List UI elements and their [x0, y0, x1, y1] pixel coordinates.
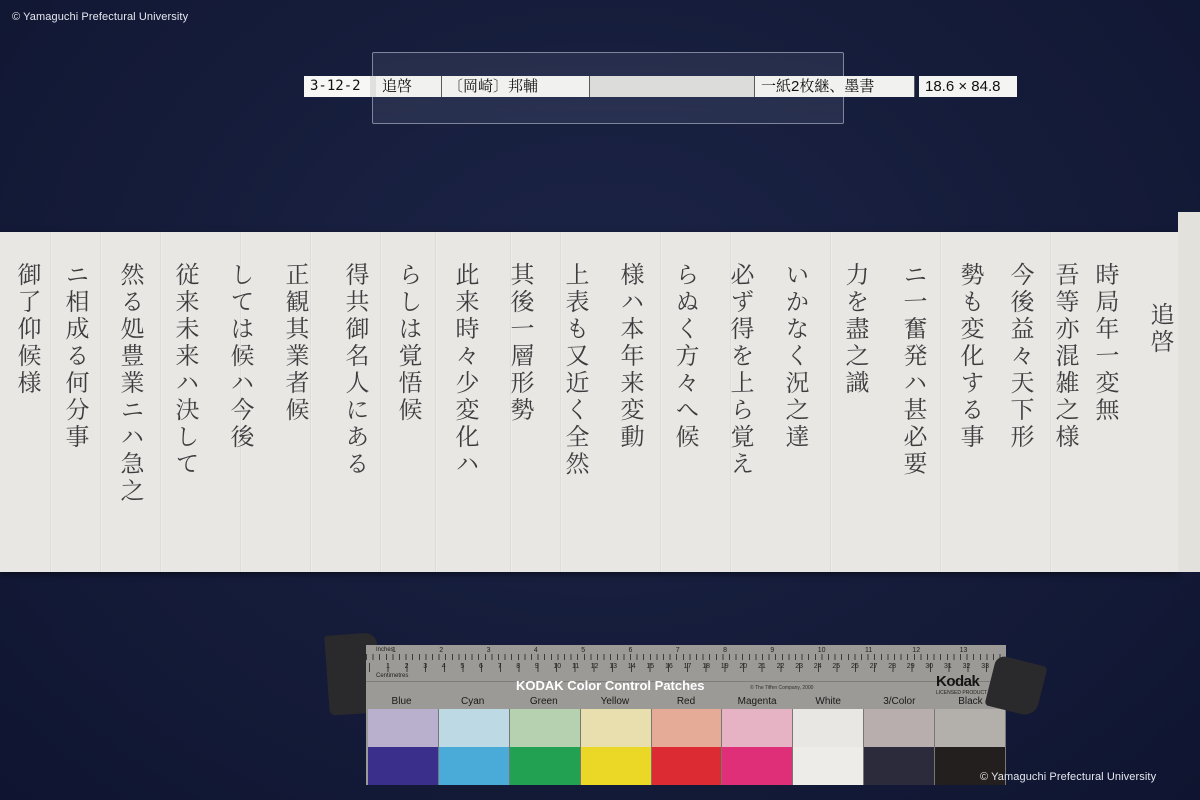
calligraphy-column: 此来時々少変化ハ — [450, 261, 480, 478]
color-patch-top — [439, 709, 509, 747]
calligraphy-column: 得共御名人にある — [340, 261, 370, 478]
color-patch-top — [793, 709, 863, 747]
calligraphy-column: らぬく方々へ候 — [670, 261, 700, 451]
document-description: 一紙2枚継、墨書 — [755, 76, 915, 97]
kodak-color-card: Inches Centimetres 123456789101112131234… — [366, 645, 1006, 785]
ruler-inch-number: 5 — [581, 647, 585, 654]
calligraphy-column: 御了仰候様 — [12, 261, 42, 397]
ruler-cm-number: 27 — [870, 663, 878, 670]
ruler-cm-number: 22 — [777, 663, 785, 670]
ruler-cm-label: Centimetres — [376, 673, 408, 679]
calligraphy-column: 追啓 — [1145, 301, 1175, 356]
calligraphy-column: 吾等亦混雑之様 — [1050, 261, 1080, 451]
ruler-inch-number: 6 — [629, 647, 633, 654]
calligraphy-column: 様ハ本年来変動 — [615, 261, 645, 451]
patch-label-red: Red — [650, 696, 721, 710]
ruler-cm-number: 33 — [981, 663, 989, 670]
ruler-cm-number: 14 — [628, 663, 636, 670]
patch-column-3-color — [864, 709, 935, 785]
color-patch-top — [581, 709, 651, 747]
patch-column-white — [793, 709, 864, 785]
ruler-cm-number: 1 — [386, 663, 390, 670]
color-patch-top — [368, 709, 438, 747]
patch-column-red — [652, 709, 723, 785]
ruler-cm-number: 9 — [535, 663, 539, 670]
calligraphy-column: らしは覚悟候 — [393, 261, 423, 424]
copyright-notice-bottom: © Yamaguchi Prefectural University — [980, 771, 1156, 783]
ruler-cm-number: 8 — [516, 663, 520, 670]
ruler-cm-number: 17 — [684, 663, 692, 670]
calligraphy-column: 力を盡之識 — [840, 261, 870, 397]
color-patch-bottom — [510, 747, 580, 785]
color-patch-bottom — [722, 747, 792, 785]
calligraphy-column: 時局年一変無 — [1090, 261, 1120, 424]
patch-label-white: White — [793, 696, 864, 710]
paper-fold — [50, 232, 52, 572]
calligraphy-column: 今後益々天下形 — [1005, 261, 1035, 451]
calligraphy-column: しては候ハ今後 — [225, 261, 255, 451]
paper-fold — [830, 232, 832, 572]
color-patch-top — [722, 709, 792, 747]
patch-label-magenta: Magenta — [722, 696, 793, 710]
ruler-cm-number: 19 — [721, 663, 729, 670]
ruler-inch-number: 9 — [770, 647, 774, 654]
calligraphy-column: ニ一奮発ハ甚必要 — [898, 261, 928, 478]
calligraphy-column: 然る処豊業ニハ急之 — [115, 261, 145, 505]
patch-column-cyan — [439, 709, 510, 785]
ruler-cm-number: 10 — [553, 663, 561, 670]
color-patch-bottom — [793, 747, 863, 785]
color-patch-bottom — [864, 747, 934, 785]
color-patch-bottom — [368, 747, 438, 785]
catalog-label: 3-12-2 追啓 〔岡崎〕邦輔 一紙2枚継、墨書 18.6 × 84.8 — [304, 76, 1017, 97]
ruler: Inches Centimetres 123456789101112131234… — [366, 645, 1006, 682]
handwritten-letter-scroll: 追啓時局年一変無吾等亦混雑之様今後益々天下形勢も変化する事ニ一奮発ハ甚必要力を盡… — [0, 232, 1178, 572]
calligraphy-column: ニ相成る何分事 — [60, 261, 90, 451]
paper-fold — [310, 232, 312, 572]
patch-column-yellow — [581, 709, 652, 785]
ruler-cm-number: 28 — [888, 663, 896, 670]
calligraphy-column: 勢も変化する事 — [955, 261, 985, 451]
ruler-inch-number: 1 — [392, 647, 396, 654]
ruler-cm-number: 15 — [646, 663, 654, 670]
color-patch-bottom — [581, 747, 651, 785]
card-title: KODAK Color Control Patches — [516, 678, 705, 693]
ruler-cm-number: 32 — [963, 663, 971, 670]
calligraphy-column: 其後一層形勢 — [505, 261, 535, 424]
paper-fold — [940, 232, 942, 572]
ruler-cm-number: 29 — [907, 663, 915, 670]
document-author: 〔岡崎〕邦輔 — [442, 76, 590, 97]
paper-fold — [160, 232, 162, 572]
paper-fold — [100, 232, 102, 572]
ruler-cm-number: 11 — [572, 663, 579, 670]
patch-label-yellow: Yellow — [579, 696, 650, 710]
calligraphy-column: 上表も又近く全然 — [560, 261, 590, 478]
ruler-inch-number: 10 — [818, 647, 826, 654]
ruler-cm-number: 6 — [479, 663, 483, 670]
copyright-notice-top: © Yamaguchi Prefectural University — [12, 11, 188, 23]
ruler-cm-number: 5 — [460, 663, 464, 670]
ruler-cm-number: 16 — [665, 663, 673, 670]
patch-label-blue: Blue — [366, 696, 437, 710]
ruler-inch-number: 3 — [487, 647, 491, 654]
color-patch-top — [510, 709, 580, 747]
ruler-cm-number: 18 — [702, 663, 710, 670]
patch-column-blue — [368, 709, 439, 785]
ruler-cm-number: 25 — [832, 663, 840, 670]
patch-label-green: Green — [508, 696, 579, 710]
patch-label-cyan: Cyan — [437, 696, 508, 710]
document-type: 追啓 — [376, 76, 442, 97]
ruler-cm-number: 26 — [851, 663, 859, 670]
calligraphy-column: 正観其業者候 — [280, 261, 310, 424]
ruler-cm-number: 3 — [423, 663, 427, 670]
ruler-cm-number: 12 — [591, 663, 599, 670]
ruler-inch-number: 2 — [439, 647, 443, 654]
color-patch-bottom — [652, 747, 722, 785]
ruler-cm-number: 13 — [609, 663, 617, 670]
ruler-cm-number: 2 — [405, 663, 409, 670]
color-patch-bottom — [439, 747, 509, 785]
patch-label-3-color: 3/Color — [864, 696, 935, 710]
calligraphy-column: 必ず得を上ら覚え — [725, 261, 755, 478]
ruler-inch-number: 4 — [534, 647, 538, 654]
card-copyright: © The Tiffen Company, 2000 — [750, 685, 813, 691]
color-patches — [368, 709, 1006, 785]
ruler-inch-number: 12 — [912, 647, 920, 654]
calligraphy-column: いかなく況之達 — [780, 261, 810, 451]
ruler-cm-number: 24 — [814, 663, 822, 670]
paper-fold — [435, 232, 437, 572]
kodak-logo: Kodak — [936, 673, 979, 690]
paper-fold — [660, 232, 662, 572]
ruler-inch-number: 8 — [723, 647, 727, 654]
catalog-id: 3-12-2 — [304, 76, 376, 97]
color-patch-top — [652, 709, 722, 747]
ruler-cm-number: 7 — [498, 663, 502, 670]
paper-fold — [380, 232, 382, 572]
ruler-cm-number: 21 — [758, 663, 766, 670]
ruler-inch-number: 13 — [960, 647, 968, 654]
patch-column-green — [510, 709, 581, 785]
ruler-cm-number: 4 — [442, 663, 446, 670]
ruler-cm-number: 23 — [795, 663, 803, 670]
ruler-cm-number: 20 — [739, 663, 747, 670]
color-patch-top — [864, 709, 934, 747]
document-dimensions: 18.6 × 84.8 — [919, 76, 1017, 97]
label-blank-cell — [590, 76, 755, 97]
ruler-inch-number: 11 — [865, 647, 872, 654]
ruler-cm-number: 30 — [925, 663, 933, 670]
patch-labels: BlueCyanGreenYellowRedMagentaWhite3/Colo… — [366, 696, 1006, 710]
ruler-cm-number: 31 — [944, 663, 952, 670]
color-patch-top — [935, 709, 1005, 747]
ruler-inch-number: 7 — [676, 647, 680, 654]
scroll-end — [1178, 212, 1200, 572]
patch-column-magenta — [722, 709, 793, 785]
calligraphy-column: 従来未来ハ決して — [170, 261, 200, 478]
